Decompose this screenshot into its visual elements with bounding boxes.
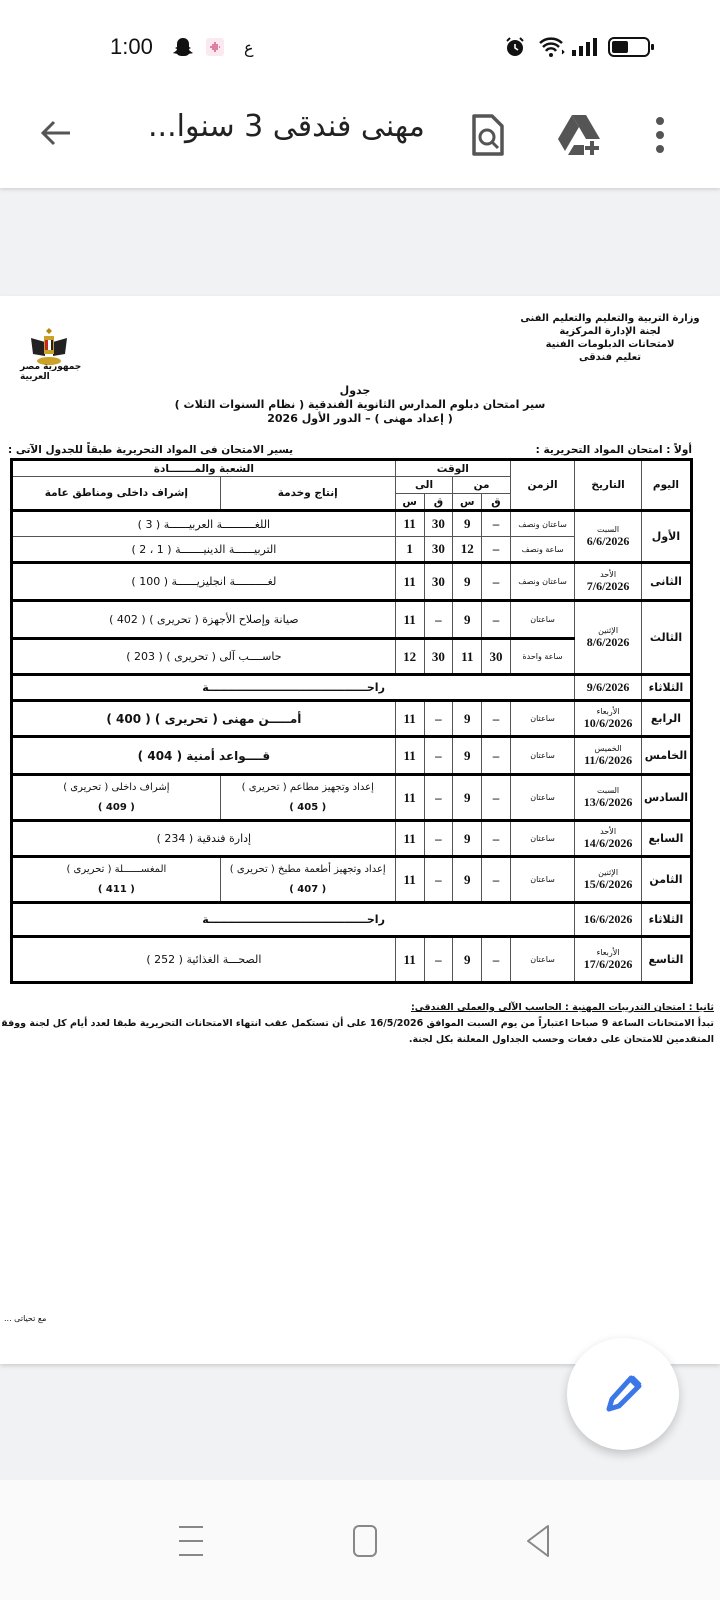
subject-production-cell: إعداد وتجهيز مطاعم ( تحريرى )( 405 ) <box>220 775 395 821</box>
subject-name: إشراف داخلى ( تحريرى ) <box>15 778 218 798</box>
date: 7/6/2026 <box>587 579 630 593</box>
heading-line: ( إعداد مهنى ) – الدور الأول 2026 <box>0 412 720 426</box>
table-row: السابع الأحد14/6/2026 ساعتان – 9 – 11 إد… <box>12 821 692 857</box>
subject-cell: لغــــــــــة انجليزيــــــة ( 100 ) <box>12 563 396 601</box>
from-minute: – <box>482 775 511 821</box>
to-minute: – <box>424 737 453 775</box>
subject-name: إعداد وتجهيز مطاعم ( تحريرى ) <box>223 778 393 798</box>
day-cell: الرابع <box>641 701 691 737</box>
from-hour: 9 <box>453 937 482 983</box>
document-title: مهنى فندقى 3 سنوا... <box>148 109 425 144</box>
add-to-drive-icon[interactable] <box>556 113 596 153</box>
recorder-icon <box>206 38 224 61</box>
subject-code: ( 407 ) <box>223 880 393 900</box>
date: 11/6/2026 <box>584 753 632 767</box>
to-hour: 11 <box>395 857 424 903</box>
table-row: الرابع الأربعاء10/6/2026 ساعتان – 9 – 11… <box>12 701 692 737</box>
to-minute: – <box>424 937 453 983</box>
date: 13/6/2026 <box>584 795 633 809</box>
table-row: التاسع الأربعاء17/6/2026 ساعتان – 9 – 11… <box>12 937 692 983</box>
section1-title: أولاً : امتحان المواد التحريرية : <box>536 444 692 456</box>
date-cell: الإثنين15/6/2026 <box>575 857 642 903</box>
status-time: 1:00 <box>110 34 153 60</box>
section1-note: يسير الامتحان فى المواد التحريرية طبقاً … <box>8 444 293 456</box>
from-minute: – <box>482 737 511 775</box>
from-hour: 9 <box>453 821 482 857</box>
status-bar: 1:00 ع <box>0 0 720 95</box>
document-heading: جدول سير امتحان دبلوم المدارس الثانوية ا… <box>0 384 720 426</box>
to-minute: – <box>424 601 453 639</box>
to-minute: – <box>424 701 453 737</box>
header-production: إنتاج وخدمة <box>220 477 395 511</box>
date-cell: السبت6/6/2026 <box>575 511 642 563</box>
header-duration: الزمن <box>510 460 574 511</box>
subject-housekeeping-cell: المغســــــلة ( تحريرى )( 411 ) <box>12 857 221 903</box>
more-vertical-icon[interactable] <box>650 113 690 153</box>
from-hour: 9 <box>453 737 482 775</box>
signal-icon <box>570 36 600 63</box>
rest-cell: راحـــــــــــــــــــــــــــــــــــــ… <box>12 675 575 701</box>
duration-cell: ساعتان ونصف <box>510 511 574 537</box>
day-cell: السادس <box>641 775 691 821</box>
header-hour: س <box>395 494 424 511</box>
subject-cell: التربيــــــة الدينيـــــــة ( 1 ، 2 ) <box>12 537 396 563</box>
signature: مع تحياتى ... <box>4 1314 46 1323</box>
day-cell: الثالث <box>641 601 691 675</box>
from-minute: – <box>482 511 511 537</box>
alarm-icon <box>504 36 526 63</box>
duration-cell: ساعتان <box>510 775 574 821</box>
app-bar: مهنى فندقى 3 سنوا... <box>0 95 720 188</box>
to-hour: 11 <box>395 937 424 983</box>
weekday: السبت <box>577 525 639 534</box>
from-hour: 11 <box>453 639 482 675</box>
weekday: الأربعاء <box>577 707 639 716</box>
from-minute: – <box>482 821 511 857</box>
ministry-line: لامتحانات الدبلومات الفنية <box>520 338 700 351</box>
weekday: الأحد <box>577 827 639 836</box>
subject-cell: الصحـــة الغذائية ( 252 ) <box>12 937 396 983</box>
from-minute: – <box>482 701 511 737</box>
wifi-icon <box>538 36 566 63</box>
subject-cell: اللغــــــــــة العربيــــــة ( 3 ) <box>12 511 396 537</box>
emblem-caption: جمهورية مصر العربية <box>20 362 100 382</box>
to-hour: 11 <box>395 775 424 821</box>
to-hour: 11 <box>395 563 424 601</box>
table-row: الثانى الأحد7/6/2026 ساعتان ونصف – 9 30 … <box>12 563 692 601</box>
from-hour: 12 <box>453 537 482 563</box>
back-icon[interactable] <box>525 1524 551 1562</box>
header-date: التاريخ <box>575 460 642 511</box>
from-hour: 9 <box>453 563 482 601</box>
weekday: الخميس <box>577 744 639 753</box>
subject-code: ( 409 ) <box>15 798 218 818</box>
day-cell: الثانى <box>641 563 691 601</box>
weekday: السبت <box>577 786 639 795</box>
from-minute: – <box>482 601 511 639</box>
to-hour: 11 <box>395 601 424 639</box>
header-day: اليوم <box>641 460 691 511</box>
back-arrow-icon[interactable] <box>36 113 76 153</box>
from-minute: – <box>482 937 511 983</box>
weekday: الإثنين <box>577 626 639 635</box>
recents-icon[interactable] <box>178 1524 204 1562</box>
battery-icon <box>608 36 656 63</box>
duration-cell: ساعتان <box>510 601 574 639</box>
duration-cell: ساعتان <box>510 857 574 903</box>
date-cell: الخميس11/6/2026 <box>575 737 642 775</box>
date-cell: الأربعاء10/6/2026 <box>575 701 642 737</box>
duration-cell: ساعة ونصف <box>510 537 574 563</box>
header-minute: ق <box>482 494 511 511</box>
subject-name: إعداد وتجهيز أطعمة مطبخ ( تحريرى ) <box>223 860 393 880</box>
search-in-document-icon[interactable] <box>468 113 508 153</box>
duration-cell: ساعتان <box>510 821 574 857</box>
subject-name: المغســــــلة ( تحريرى ) <box>15 860 218 880</box>
duration-cell: ساعتان <box>510 701 574 737</box>
table-row: السادس السبت13/6/2026 ساعتان – 9 – 11 إع… <box>12 775 692 821</box>
header-minute: ق <box>424 494 453 511</box>
date: 9/6/2026 <box>587 680 630 694</box>
ministry-line: وزارة التربية والتعليم والتعليم الفنى <box>520 312 700 325</box>
ministry-header: وزارة التربية والتعليم والتعليم الفنى لج… <box>520 312 700 364</box>
date: 17/6/2026 <box>584 957 633 971</box>
header-housekeeping: إشراف داخلى ومناطق عامة <box>12 477 221 511</box>
day-cell: الثامن <box>641 857 691 903</box>
duration-cell: ساعتان ونصف <box>510 563 574 601</box>
duration-cell: ساعتان <box>510 737 574 775</box>
table-row: الأول السبت6/6/2026 ساعتان ونصف – 9 30 1… <box>12 511 692 537</box>
from-hour: 9 <box>453 701 482 737</box>
to-hour: 11 <box>395 701 424 737</box>
to-minute: 30 <box>424 511 453 537</box>
weekday: الأحد <box>577 570 639 579</box>
from-minute: – <box>482 563 511 601</box>
exam-schedule-table: اليوم التاريخ الزمن الوقت الشعبة والمـــ… <box>10 458 693 984</box>
date-cell: 9/6/2026 <box>575 675 642 701</box>
ministry-line: تعليم فندقى <box>520 351 700 364</box>
to-minute: 30 <box>424 537 453 563</box>
subject-cell: أمـــــن مهنى ( تحريرى ) ( 400 ) <box>12 701 396 737</box>
date-cell: الأربعاء17/6/2026 <box>575 937 642 983</box>
from-hour: 9 <box>453 601 482 639</box>
header-hour: س <box>453 494 482 511</box>
table-row: الثامن الإثنين15/6/2026 ساعتان – 9 – 11 … <box>12 857 692 903</box>
to-hour: 12 <box>395 639 424 675</box>
rest-cell: راحـــــــــــــــــــــــــــــــــــــ… <box>12 903 575 937</box>
header-time: الوقت <box>395 460 510 477</box>
day-cell: التاسع <box>641 937 691 983</box>
date: 15/6/2026 <box>584 877 633 891</box>
day-cell: الخامس <box>641 737 691 775</box>
subject-cell: صيانة وإصلاح الأجهزة ( تحريرى ) ( 402 ) <box>12 601 396 639</box>
day-cell: الثلاثاء <box>641 903 691 937</box>
from-minute: – <box>482 537 511 563</box>
from-minute: 30 <box>482 639 511 675</box>
date-cell: الأحد7/6/2026 <box>575 563 642 601</box>
ministry-line: لجنة الإدارة المركزية <box>520 325 700 338</box>
day-cell: السابع <box>641 821 691 857</box>
section2-line: تبدأ الامتحانات الساعة 9 صباحا اعتباراً … <box>2 1016 714 1032</box>
date-cell: السبت13/6/2026 <box>575 775 642 821</box>
table-row: الخامس الخميس11/6/2026 ساعتان – 9 – 11 ق… <box>12 737 692 775</box>
duration-cell: ساعتان <box>510 937 574 983</box>
to-hour: 11 <box>395 511 424 537</box>
table-row: الثالث الإثنين8/6/2026 ساعتان – 9 – 11 ص… <box>12 601 692 639</box>
date-cell: الإثنين8/6/2026 <box>575 601 642 675</box>
to-minute: 30 <box>424 563 453 601</box>
date: 8/6/2026 <box>587 635 630 649</box>
home-icon[interactable] <box>352 1524 378 1562</box>
from-hour: 9 <box>453 511 482 537</box>
duration-cell: ساعة واحدة <box>510 639 574 675</box>
to-minute: – <box>424 857 453 903</box>
header-from: من <box>453 477 511 494</box>
e-icon: ع <box>244 38 254 57</box>
to-minute: 30 <box>424 639 453 675</box>
to-minute: – <box>424 775 453 821</box>
to-minute: – <box>424 821 453 857</box>
subject-cell: إدارة فندقية ( 234 ) <box>12 821 396 857</box>
day-cell: الثلاثاء <box>641 675 691 701</box>
snapchat-icon <box>172 36 194 63</box>
to-hour: 11 <box>395 737 424 775</box>
to-hour: 1 <box>395 537 424 563</box>
heading-line: جدول <box>0 384 710 398</box>
section2-line: المتقدمين للامتحان على دفعات وحسب الجداو… <box>2 1032 714 1048</box>
section2-title: ثانيا : امتحان التدريبات المهنية : الحاس… <box>411 1002 714 1013</box>
subject-cell: حاســــب آلى ( تحريرى ) ( 203 ) <box>12 639 396 675</box>
from-hour: 9 <box>453 857 482 903</box>
document-page: وزارة التربية والتعليم والتعليم الفنى لج… <box>0 296 720 1364</box>
subject-code: ( 405 ) <box>223 798 393 818</box>
section2-paragraph: تبدأ الامتحانات الساعة 9 صباحا اعتباراً … <box>2 1016 714 1048</box>
weekday: الإثنين <box>577 868 639 877</box>
date: 10/6/2026 <box>584 716 633 730</box>
header-branch-subject: الشعبة والمـــــــادة <box>12 460 396 477</box>
date-cell: 16/6/2026 <box>575 903 642 937</box>
date: 16/6/2026 <box>584 912 633 926</box>
subject-cell: قــــواعد أمنية ( 404 ) <box>12 737 396 775</box>
heading-line: سير امتحان دبلوم المدارس الثانوية الفندق… <box>0 398 720 412</box>
date: 14/6/2026 <box>584 836 633 850</box>
subject-housekeeping-cell: إشراف داخلى ( تحريرى )( 409 ) <box>12 775 221 821</box>
day-cell: الأول <box>641 511 691 563</box>
to-hour: 11 <box>395 821 424 857</box>
edit-fab-button[interactable] <box>567 1338 679 1450</box>
table-row-rest: الثلاثاء 9/6/2026 راحـــــــــــــــــــ… <box>12 675 692 701</box>
date-cell: الأحد14/6/2026 <box>575 821 642 857</box>
table-row-rest: الثلاثاء 16/6/2026 راحــــــــــــــــــ… <box>12 903 692 937</box>
header-to: الى <box>395 477 453 494</box>
date: 6/6/2026 <box>587 534 630 548</box>
subject-production-cell: إعداد وتجهيز أطعمة مطبخ ( تحريرى )( 407 … <box>220 857 395 903</box>
subject-code: ( 411 ) <box>15 880 218 900</box>
system-nav-bar <box>0 1480 720 1600</box>
weekday: الأربعاء <box>577 948 639 957</box>
from-minute: – <box>482 857 511 903</box>
from-hour: 9 <box>453 775 482 821</box>
